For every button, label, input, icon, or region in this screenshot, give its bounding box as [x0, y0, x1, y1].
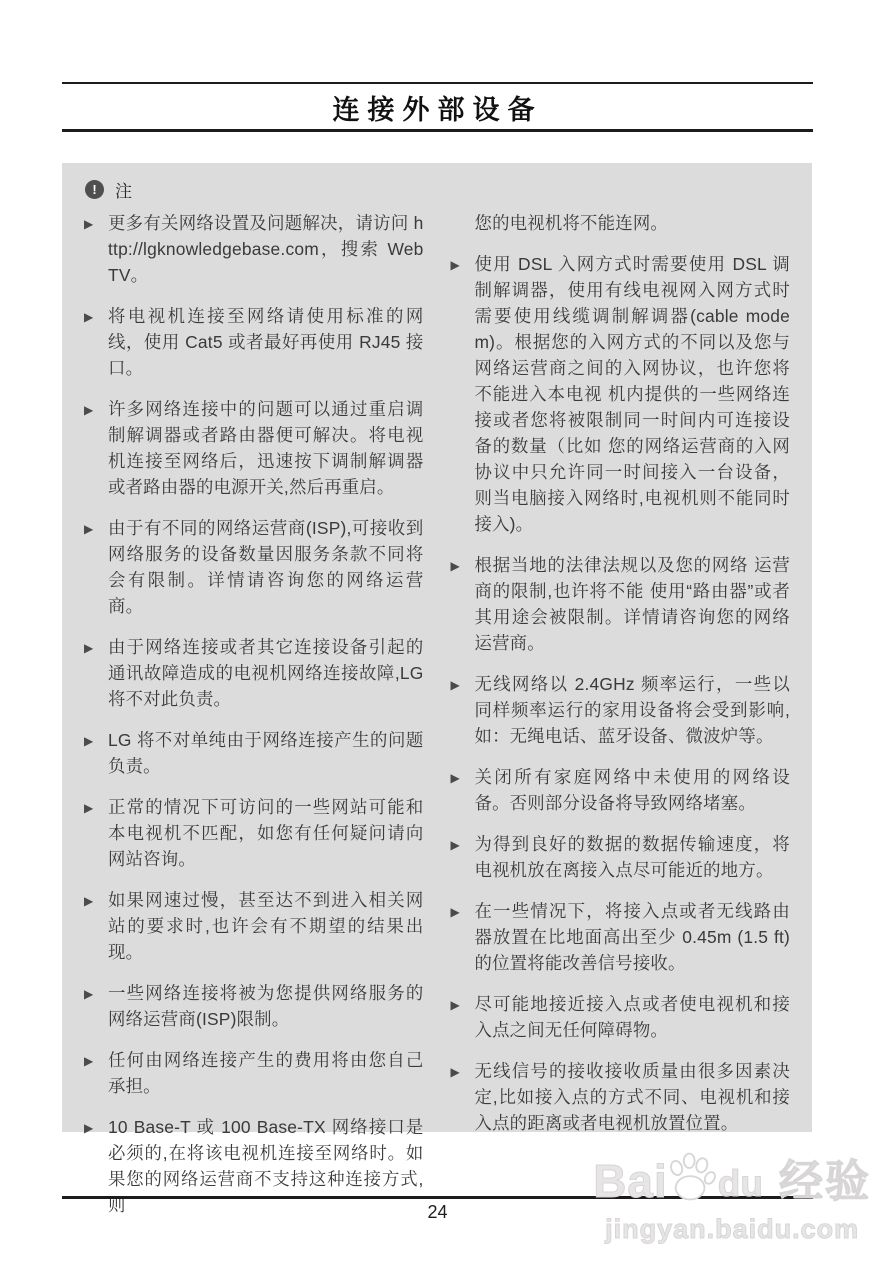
bullet-icon: ▶	[84, 303, 108, 381]
manual-page: { "page": { "title": "连接外部设备", "page_num…	[0, 0, 875, 1280]
note-item: ▶任何由网络连接产生的费用将由您自己承担。	[84, 1047, 424, 1099]
note-item: ▶使用 DSL 入网方式时需要使用 DSL 调制解调器，使用有线电视网入网方式时…	[451, 251, 791, 537]
header-rule-bottom	[62, 129, 813, 132]
watermark-logo-row: Bai du 经验	[593, 1150, 871, 1204]
note-item: ▶如果网速过慢，甚至达不到进入相关网站的要求时,也许会有不期望的结果出现。	[84, 887, 424, 965]
note-item: ▶为得到良好的数据的数据传输速度，将电视机放在离接入点尽可能近的地方。	[451, 831, 791, 883]
note-item-text: 为得到良好的数据的数据传输速度，将电视机放在离接入点尽可能近的地方。	[475, 831, 791, 883]
note-item: ▶将电视机连接至网络请使用标准的网线，使用 Cat5 或者最好再使用 RJ45 …	[84, 303, 424, 381]
note-item-text: 根据当地的法律法规以及您的网络 运营商的限制,也许将不能 使用“路由器”或者其用…	[475, 552, 791, 656]
bullet-icon: ▶	[84, 887, 108, 965]
bullet-icon: ▶	[84, 210, 108, 288]
note-item: ▶无线网络以 2.4GHz 频率运行，一些以同样频率运行的家用设备将会受到影响,…	[451, 671, 791, 749]
note-item-text: 正常的情况下可访问的一些网站可能和本电视机不匹配，如您有任何疑问请向网站咨询。	[108, 794, 424, 872]
note-item: ▶一些网络连接将被为您提供网络服务的网络运营商(ISP)限制。	[84, 980, 424, 1032]
note-item-text: 尽可能地接近接入点或者使电视机和接入点之间无任何障碍物。	[475, 991, 791, 1043]
note-header: ! 注	[85, 178, 790, 200]
note-item-text: 由于网络连接或者其它连接设备引起的通讯故障造成的电视机网络连接故障,LG 将不对…	[108, 634, 424, 712]
note-item-text: 您的电视机将不能连网。	[475, 210, 791, 236]
watermark-badge: 经验	[779, 1160, 871, 1204]
bullet-icon: ▶	[84, 727, 108, 779]
note-item: ▶无线信号的接收接收质量由很多因素决定,比如接入点的方式不同、电视机和接入点的距…	[451, 1058, 791, 1136]
bullet-icon: ▶	[451, 764, 475, 816]
note-item-text: LG 将不对单纯由于网络连接产生的问题负责。	[108, 727, 424, 779]
bullet-spacer	[451, 210, 475, 236]
note-item: ▶在一些情况下，将接入点或者无线路由器放置在比地面高出至少 0.45m (1.5…	[451, 898, 791, 976]
note-item-text: 更多有关网络设置及问题解决，请访问 http://lgknowledgebase…	[108, 210, 424, 288]
note-item: ▶关闭所有家庭网络中未使用的网络设备。否则部分设备将导致网络堵塞。	[451, 764, 791, 816]
watermark-brand-prefix: Bai	[593, 1158, 668, 1204]
bullet-icon: ▶	[84, 515, 108, 619]
baidu-jingyan-watermark: Bai du 经验 jingyan.baidu.com	[593, 1150, 871, 1243]
note-item: ▶尽可能地接近接入点或者使电视机和接入点之间无任何障碍物。	[451, 991, 791, 1043]
note-item-text: 关闭所有家庭网络中未使用的网络设备。否则部分设备将导致网络堵塞。	[475, 764, 791, 816]
note-item: ▶正常的情况下可访问的一些网站可能和本电视机不匹配，如您有任何疑问请向网站咨询。	[84, 794, 424, 872]
note-item-text: 无线网络以 2.4GHz 频率运行，一些以同样频率运行的家用设备将会受到影响,如…	[475, 671, 791, 749]
bullet-icon: ▶	[84, 634, 108, 712]
paw-icon	[664, 1150, 718, 1208]
note-item-text: 一些网络连接将被为您提供网络服务的网络运营商(ISP)限制。	[108, 980, 424, 1032]
note-item-text: 无线信号的接收接收质量由很多因素决定,比如接入点的方式不同、电视机和接入点的距离…	[475, 1058, 791, 1136]
note-box: ! 注 ▶更多有关网络设置及问题解决，请访问 http://lgknowledg…	[62, 163, 812, 1132]
header-rule-top	[62, 82, 813, 84]
note-columns: ▶更多有关网络设置及问题解决，请访问 http://lgknowledgebas…	[84, 210, 790, 1233]
bullet-icon: ▶	[84, 980, 108, 1032]
note-item: ▶许多网络连接中的问题可以通过重启调制解调器或者路由器便可解决。将电视机连接至网…	[84, 396, 424, 500]
bullet-icon: ▶	[451, 671, 475, 749]
watermark-brand-suffix: du	[718, 1165, 763, 1204]
note-item-text: 将电视机连接至网络请使用标准的网线，使用 Cat5 或者最好再使用 RJ45 接…	[108, 303, 424, 381]
note-item-text: 如果网速过慢，甚至达不到进入相关网站的要求时,也许会有不期望的结果出现。	[108, 887, 424, 965]
bullet-icon: ▶	[84, 1047, 108, 1099]
watermark-url: jingyan.baidu.com	[593, 1216, 871, 1243]
bullet-icon: ▶	[84, 794, 108, 872]
note-right-column: 您的电视机将不能连网。▶使用 DSL 入网方式时需要使用 DSL 调制解调器，使…	[451, 210, 791, 1233]
note-item: ▶根据当地的法律法规以及您的网络 运营商的限制,也许将不能 使用“路由器”或者其…	[451, 552, 791, 656]
bullet-icon: ▶	[451, 251, 475, 537]
note-left-column: ▶更多有关网络设置及问题解决，请访问 http://lgknowledgebas…	[84, 210, 424, 1233]
note-item-text: 由于有不同的网络运营商(ISP),可接收到网络服务的设备数量因服务条款不同将会有…	[108, 515, 424, 619]
note-item-text: 任何由网络连接产生的费用将由您自己承担。	[108, 1047, 424, 1099]
note-item-text: 许多网络连接中的问题可以通过重启调制解调器或者路由器便可解决。将电视机连接至网络…	[108, 396, 424, 500]
note-item: 您的电视机将不能连网。	[451, 210, 791, 236]
note-item: ▶由于网络连接或者其它连接设备引起的通讯故障造成的电视机网络连接故障,LG 将不…	[84, 634, 424, 712]
note-header-label: 注	[115, 177, 132, 202]
note-item: ▶更多有关网络设置及问题解决，请访问 http://lgknowledgebas…	[84, 210, 424, 288]
page-title: 连接外部设备	[0, 88, 875, 127]
bullet-icon: ▶	[451, 991, 475, 1043]
note-item: ▶由于有不同的网络运营商(ISP),可接收到网络服务的设备数量因服务条款不同将会…	[84, 515, 424, 619]
bullet-icon: ▶	[451, 552, 475, 656]
bullet-icon: ▶	[451, 831, 475, 883]
bullet-icon: ▶	[451, 898, 475, 976]
note-item-text: 使用 DSL 入网方式时需要使用 DSL 调制解调器，使用有线电视网入网方式时需…	[475, 251, 791, 537]
note-item: ▶LG 将不对单纯由于网络连接产生的问题负责。	[84, 727, 424, 779]
bullet-icon: ▶	[451, 1058, 475, 1136]
note-item-text: 在一些情况下，将接入点或者无线路由器放置在比地面高出至少 0.45m (1.5 …	[475, 898, 791, 976]
exclamation-circle-icon: !	[85, 180, 104, 199]
bullet-icon: ▶	[84, 396, 108, 500]
